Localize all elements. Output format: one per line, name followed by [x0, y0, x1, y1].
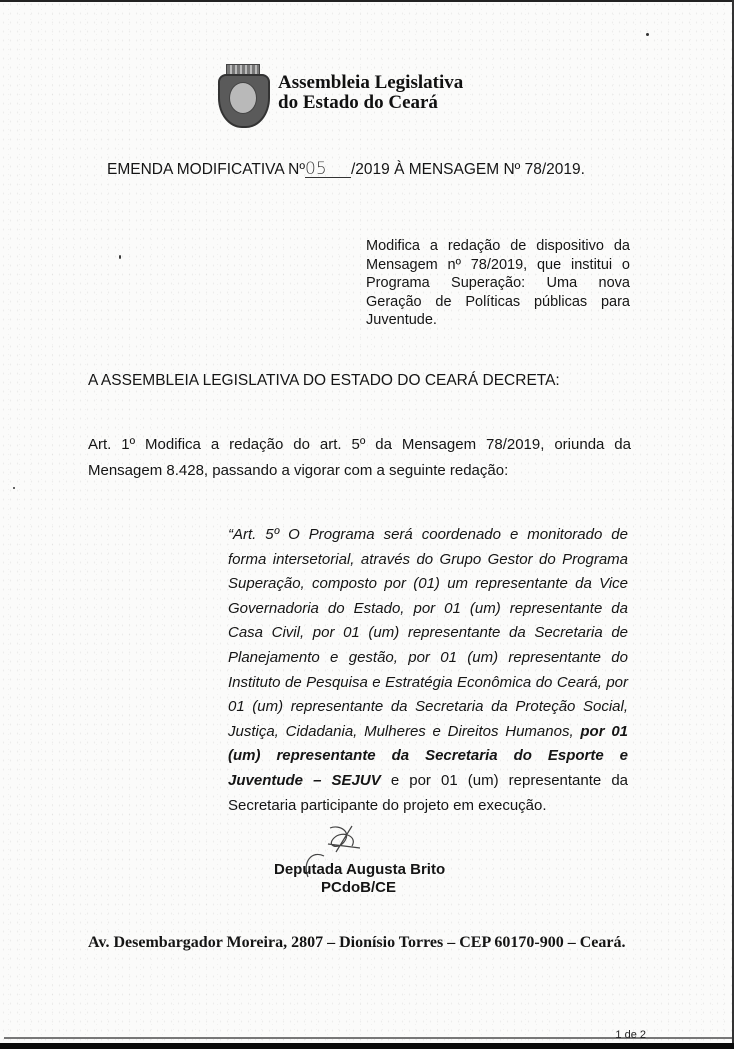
footer-address: Av. Desembargador Moreira, 2807 – Dionís…: [88, 934, 625, 952]
signatory-party: PCdoB/CE: [321, 879, 396, 896]
institution-name: Assembleia Legislativa do Estado do Cear…: [278, 73, 463, 113]
coat-of-arms-icon: [216, 62, 268, 124]
scan-top-edge: [0, 0, 734, 2]
document-title: EMENDA MODIFICATIVA Nº05/2019 À MENSAGEM…: [107, 161, 585, 179]
quoted-article-5: “Art. 5º O Programa será coordenado e mo…: [228, 523, 628, 818]
decree-statement: A ASSEMBLEIA LEGISLATIVA DO ESTADO DO CE…: [88, 372, 560, 390]
page-indicator: 1 de 2: [613, 1029, 648, 1041]
scan-bottom-edge: [0, 1043, 734, 1049]
ementa-summary: Modifica a redação de dispositivo da Men…: [366, 237, 630, 330]
institution-line-1: Assembleia Legislativa: [278, 73, 463, 93]
handwritten-number: 05: [305, 161, 351, 178]
scan-speck: [13, 487, 15, 489]
letterhead: Assembleia Legislativa do Estado do Cear…: [216, 62, 463, 124]
quoted-italic-text: “Art. 5º O Programa será coordenado e mo…: [228, 526, 628, 740]
title-suffix: /2019 À MENSAGEM Nº 78/2019.: [351, 161, 585, 178]
scan-speck: [646, 33, 649, 36]
institution-line-2: do Estado do Ceará: [278, 93, 463, 113]
signatory-name: Deputada Augusta Brito: [274, 861, 445, 878]
article-1: Art. 1º Modifica a redação do art. 5º da…: [88, 432, 631, 484]
scan-speck: [119, 255, 121, 259]
title-prefix: EMENDA MODIFICATIVA Nº: [107, 161, 305, 178]
